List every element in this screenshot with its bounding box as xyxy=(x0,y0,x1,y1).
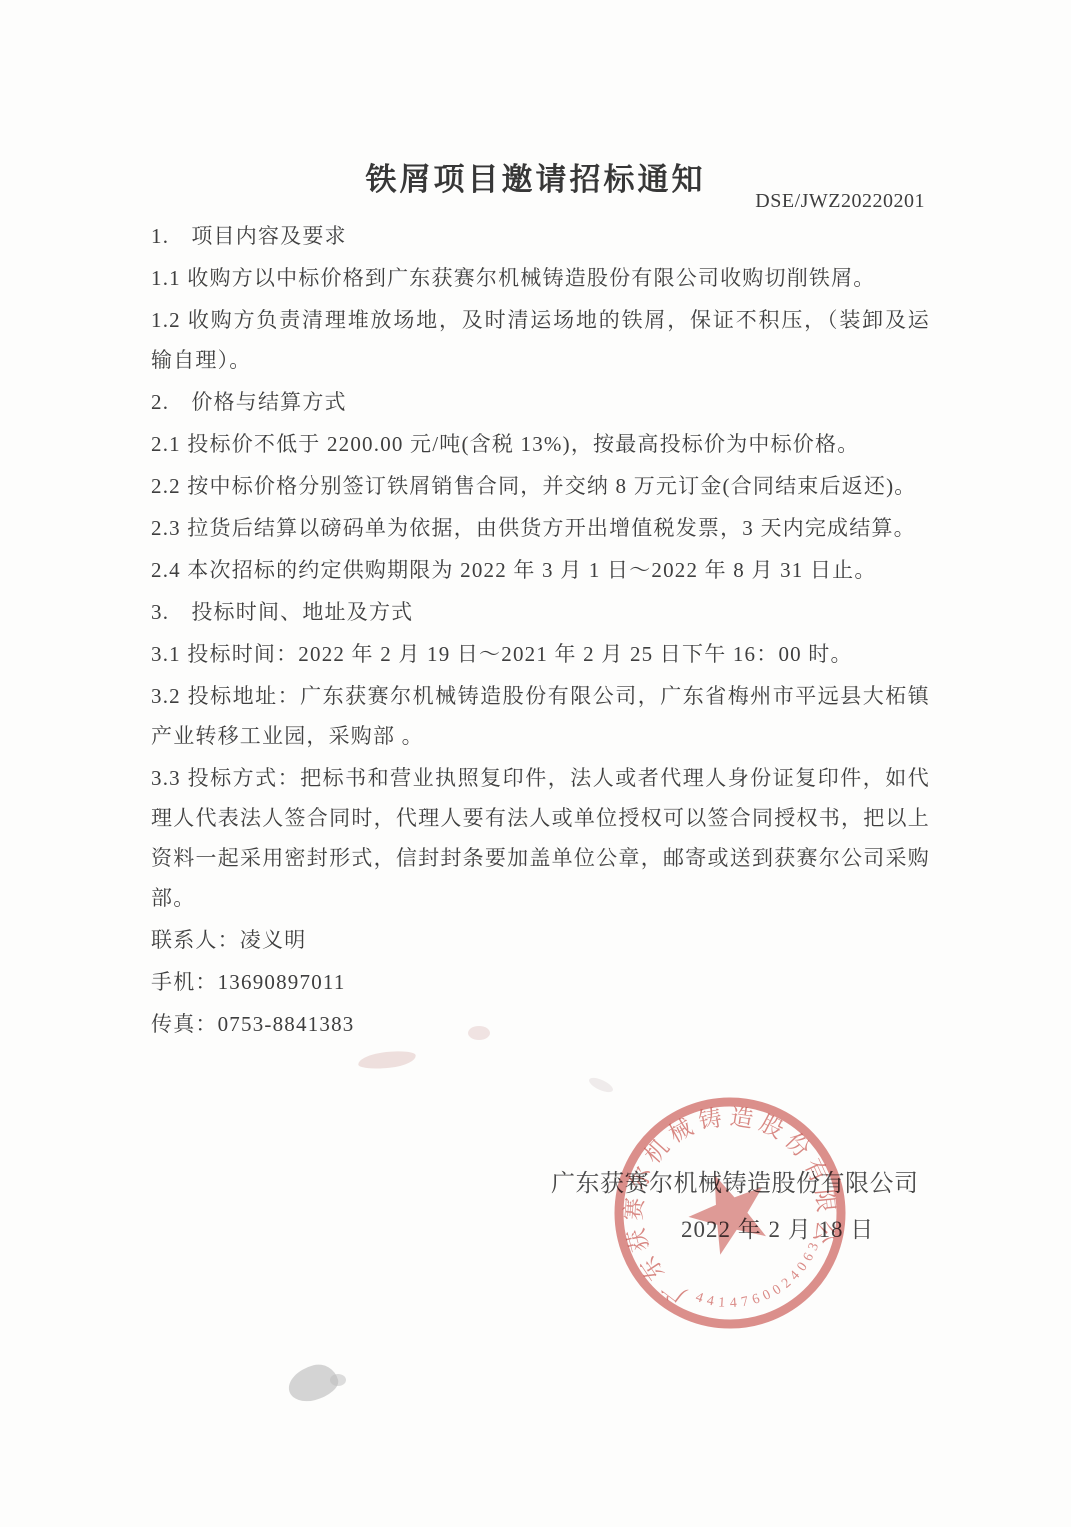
paragraph-1-2: 1.2 收购方负责清理堆放场地，及时清运场地的铁屑，保证不积压，（装卸及运输自理… xyxy=(151,300,930,380)
paragraph-2-2: 2.2 按中标价格分别签订铁屑销售合同，并交纳 8 万元订金(合同结束后返还)。 xyxy=(151,466,930,506)
signature-company: 广东获赛尔机械铸造股份有限公司 xyxy=(551,1163,919,1198)
signature-date: 2022 年 2 月 18 日 xyxy=(681,1211,874,1244)
scan-smudge xyxy=(330,1374,346,1386)
document-body: 1. 项目内容及要求 1.1 收购方以中标价格到广东获赛尔机械铸造股份有限公司收… xyxy=(151,216,930,1046)
document-reference-number: DSE/JWZ20220201 xyxy=(755,190,925,213)
scan-smudge xyxy=(587,1075,615,1095)
contact-person-line: 联系人：凌义明 xyxy=(151,920,930,960)
paragraph-3-3: 3.3 投标方式：把标书和营业执照复印件，法人或者代理人身份证复印件，如代理人代… xyxy=(151,758,930,918)
paragraph-section-2: 2. 价格与结算方式 xyxy=(151,382,930,422)
mobile-phone-line: 手机：13690897011 xyxy=(151,962,930,1002)
paragraph-2-4: 2.4 本次招标的约定供购期限为 2022 年 3 月 1 日～2022 年 8… xyxy=(151,550,930,590)
scan-smudge xyxy=(357,1049,416,1071)
paragraph-2-3: 2.3 拉货后结算以磅码单为依据，由供货方开出增值税发票，3 天内完成结算。 xyxy=(151,508,930,548)
paragraph-section-1: 1. 项目内容及要求 xyxy=(151,216,930,256)
paragraph-3-1: 3.1 投标时间：2022 年 2 月 19 日～2021 年 2 月 25 日… xyxy=(151,634,930,674)
scan-smudge xyxy=(284,1360,341,1406)
svg-text:4414760024063: 4414760024063 xyxy=(686,1232,837,1329)
paragraph-3-2: 3.2 投标地址：广东获赛尔机械铸造股份有限公司，广东省梅州市平远县大柘镇产业转… xyxy=(151,676,930,756)
fax-line: 传真：0753-8841383 xyxy=(151,1004,930,1044)
seal-serial-number: 4414760024063 xyxy=(686,1232,837,1329)
paragraph-section-3: 3. 投标时间、地址及方式 xyxy=(151,592,930,632)
document-page: 铁屑项目邀请招标通知 DSE/JWZ20220201 1. 项目内容及要求 1.… xyxy=(0,0,1071,1527)
paragraph-1-1: 1.1 收购方以中标价格到广东获赛尔机械铸造股份有限公司收购切削铁屑。 xyxy=(151,258,930,298)
paragraph-2-1: 2.1 投标价不低于 2200.00 元/吨(含税 13%)，按最高投标价为中标… xyxy=(151,424,930,464)
